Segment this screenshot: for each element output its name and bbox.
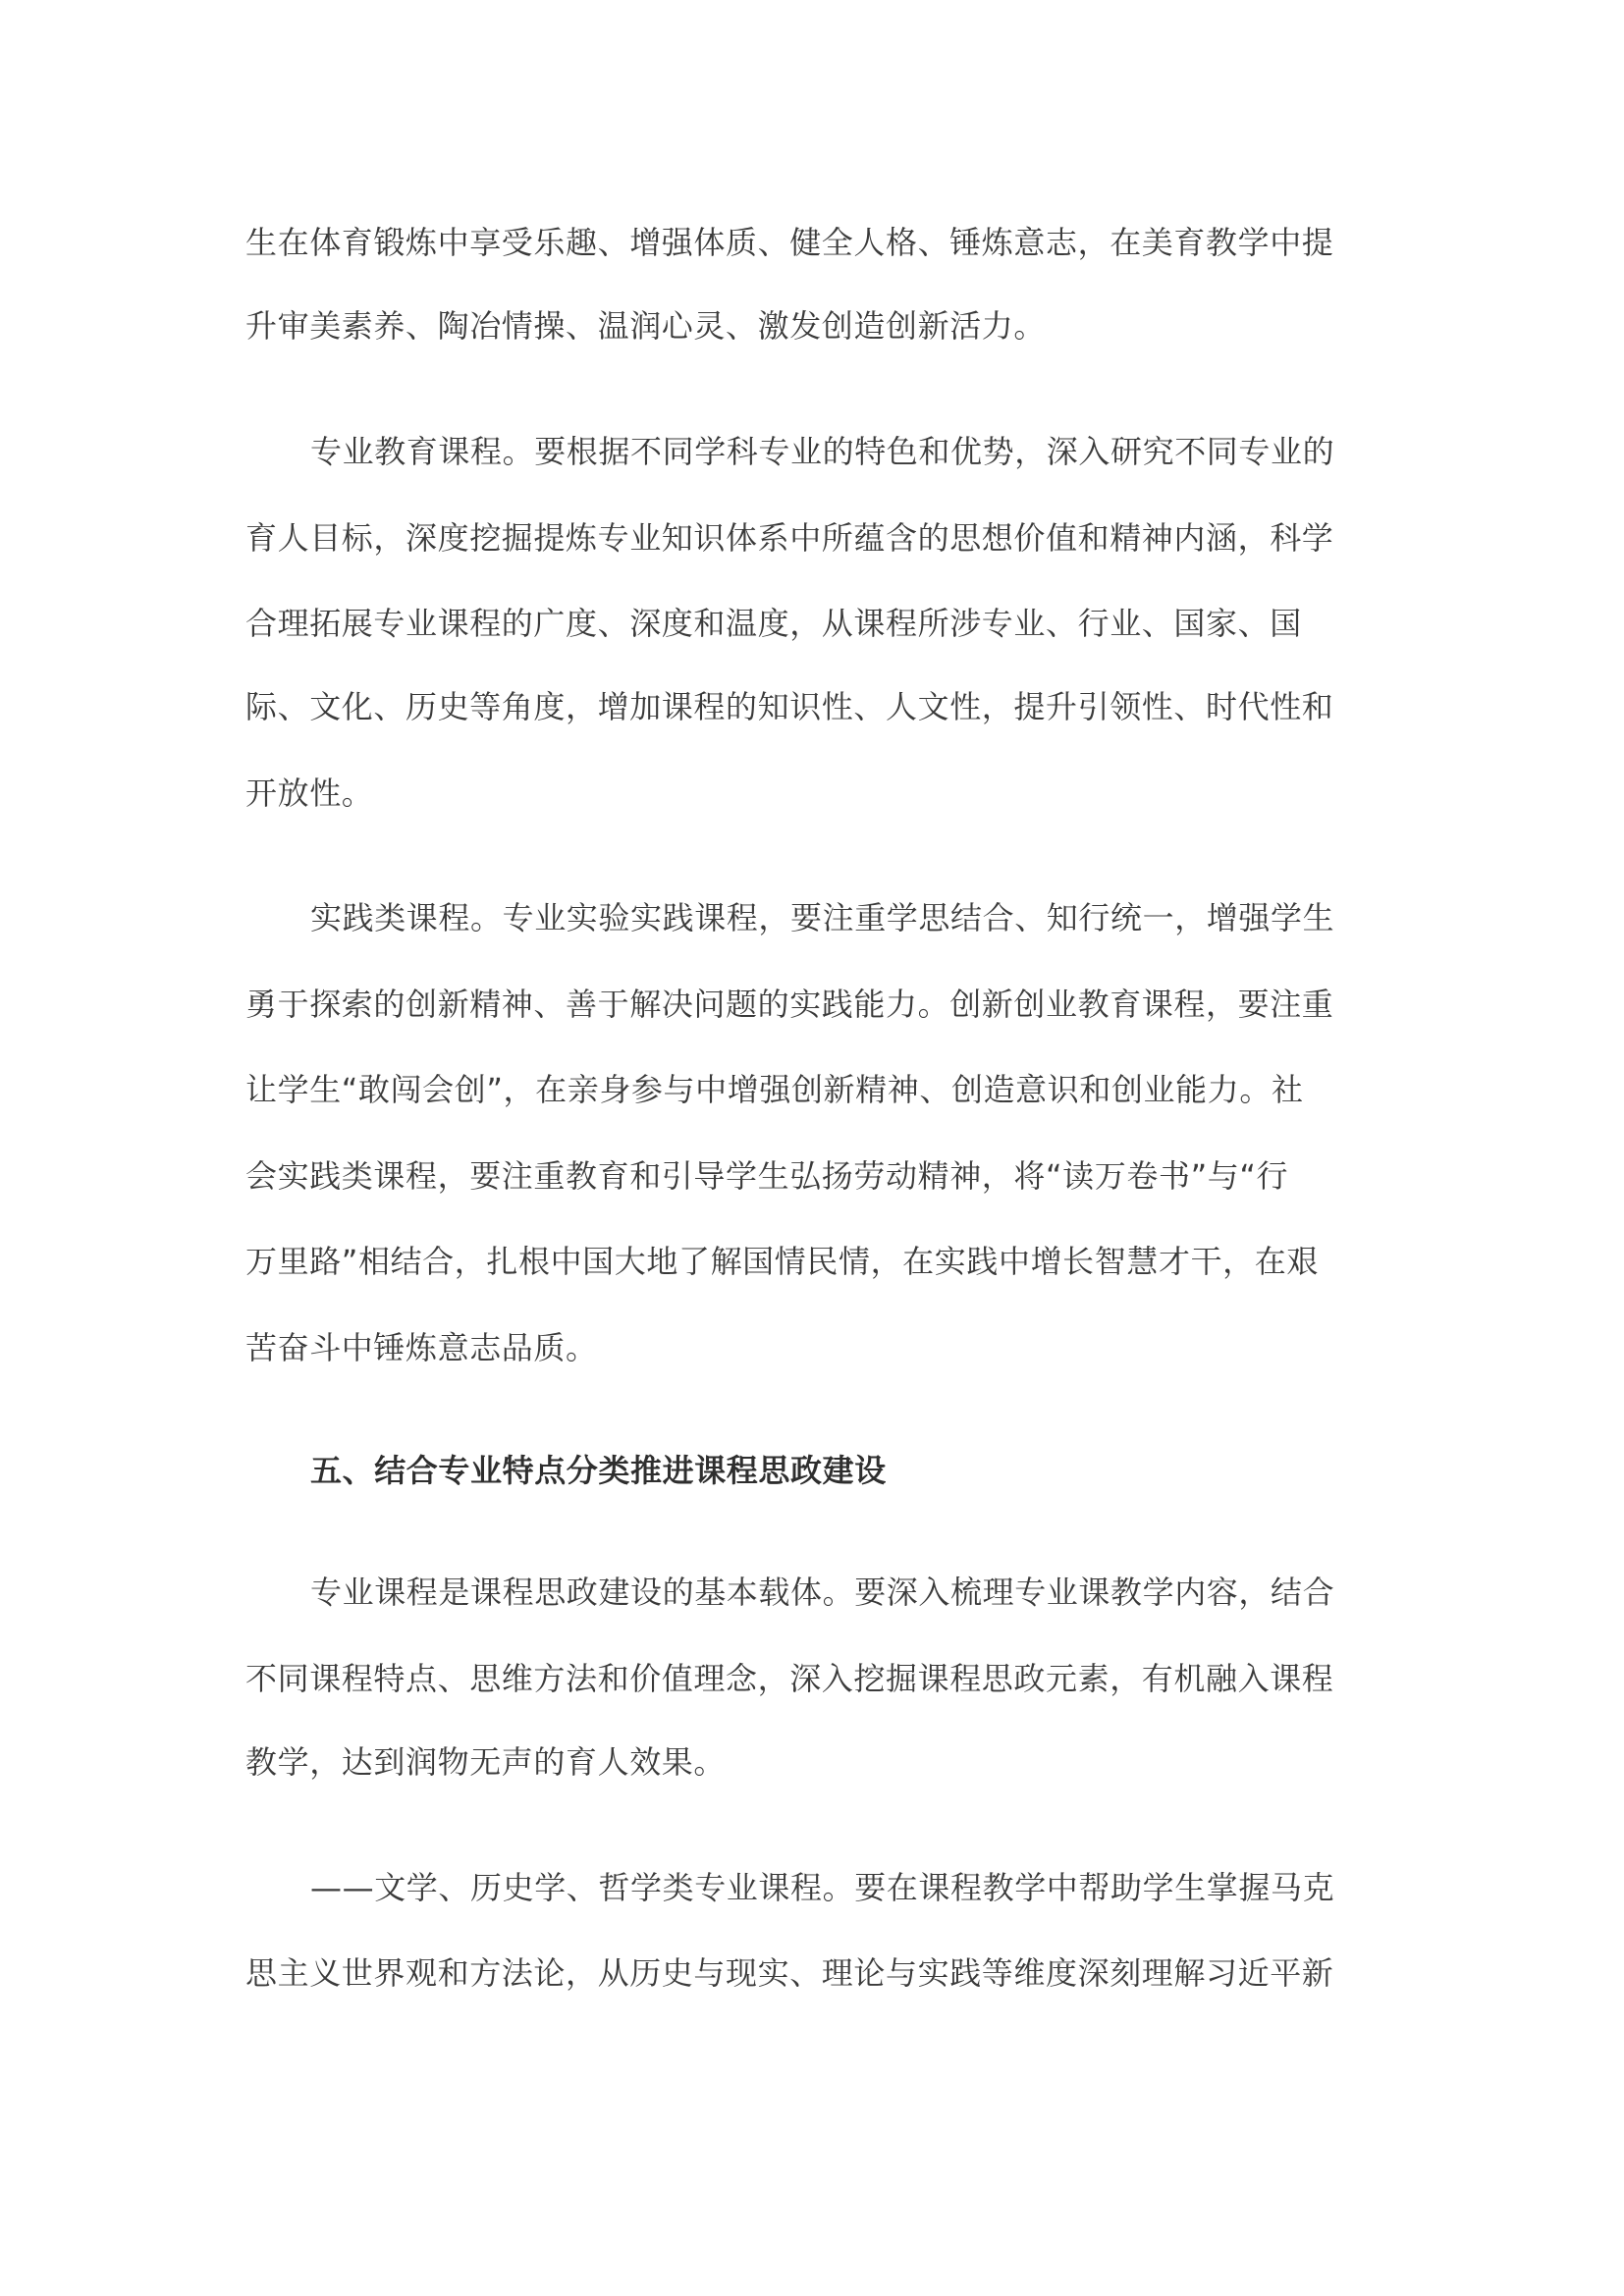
paragraph-line: 专业教育课程。要根据不同学科专业的特色和优势，深入研究不同专业的 [310,430,1334,473]
paragraph-line: 万里路”相结合，扎根中国大地了解国情民情，在实践中增长智慧才干，在艰 [245,1240,1319,1283]
paragraph-line: 不同课程特点、思维方法和价值理念，深入挖掘课程思政元素，有机融入课程 [245,1657,1333,1700]
paragraph-line: 实践类课程。专业实验实践课程，要注重学思结合、知行统一，增强学生 [310,896,1334,939]
paragraph-line: 升审美素养、陶冶情操、温润心灵、激发创造创新活力。 [245,304,1046,347]
paragraph-line: 合理拓展专业课程的广度、深度和温度，从课程所涉专业、行业、国家、国 [245,602,1302,645]
section-heading: 五、结合专业特点分类推进课程思政建设 [310,1449,887,1492]
paragraph-line: 育人目标，深度挖掘提炼专业知识体系中所蕴含的思想价值和精神内涵，科学 [245,516,1333,560]
paragraph-line: 际、文化、历史等角度，增加课程的知识性、人文性，提升引领性、时代性和 [245,685,1333,728]
paragraph-line: 专业课程是课程思政建设的基本载体。要深入梳理专业课教学内容，结合 [310,1571,1334,1614]
paragraph-line: 思主义世界观和方法论，从历史与现实、理论与实践等维度深刻理解习近平新 [245,1951,1333,1995]
paragraph-line: ——文学、历史学、哲学类专业课程。要在课程教学中帮助学生掌握马克 [310,1866,1334,1909]
paragraph-line: 让学生“敢闯会创”，在亲身参与中增强创新精神、创造意识和创业能力。社 [245,1068,1304,1111]
paragraph-line: 勇于探索的创新精神、善于解决问题的实践能力。创新创业教育课程，要注重 [245,983,1333,1026]
paragraph-line: 苦奋斗中锤炼意志品质。 [245,1326,598,1369]
paragraph-line: 会实践类课程，要注重教育和引导学生弘扬劳动精神，将“读万卷书”与“行 [245,1154,1288,1198]
paragraph-line: 生在体育锻炼中享受乐趣、增强体质、健全人格、锤炼意志，在美育教学中提 [245,221,1333,264]
paragraph-line: 开放性。 [245,772,373,815]
paragraph-line: 教学，达到润物无声的育人效果。 [245,1740,726,1784]
